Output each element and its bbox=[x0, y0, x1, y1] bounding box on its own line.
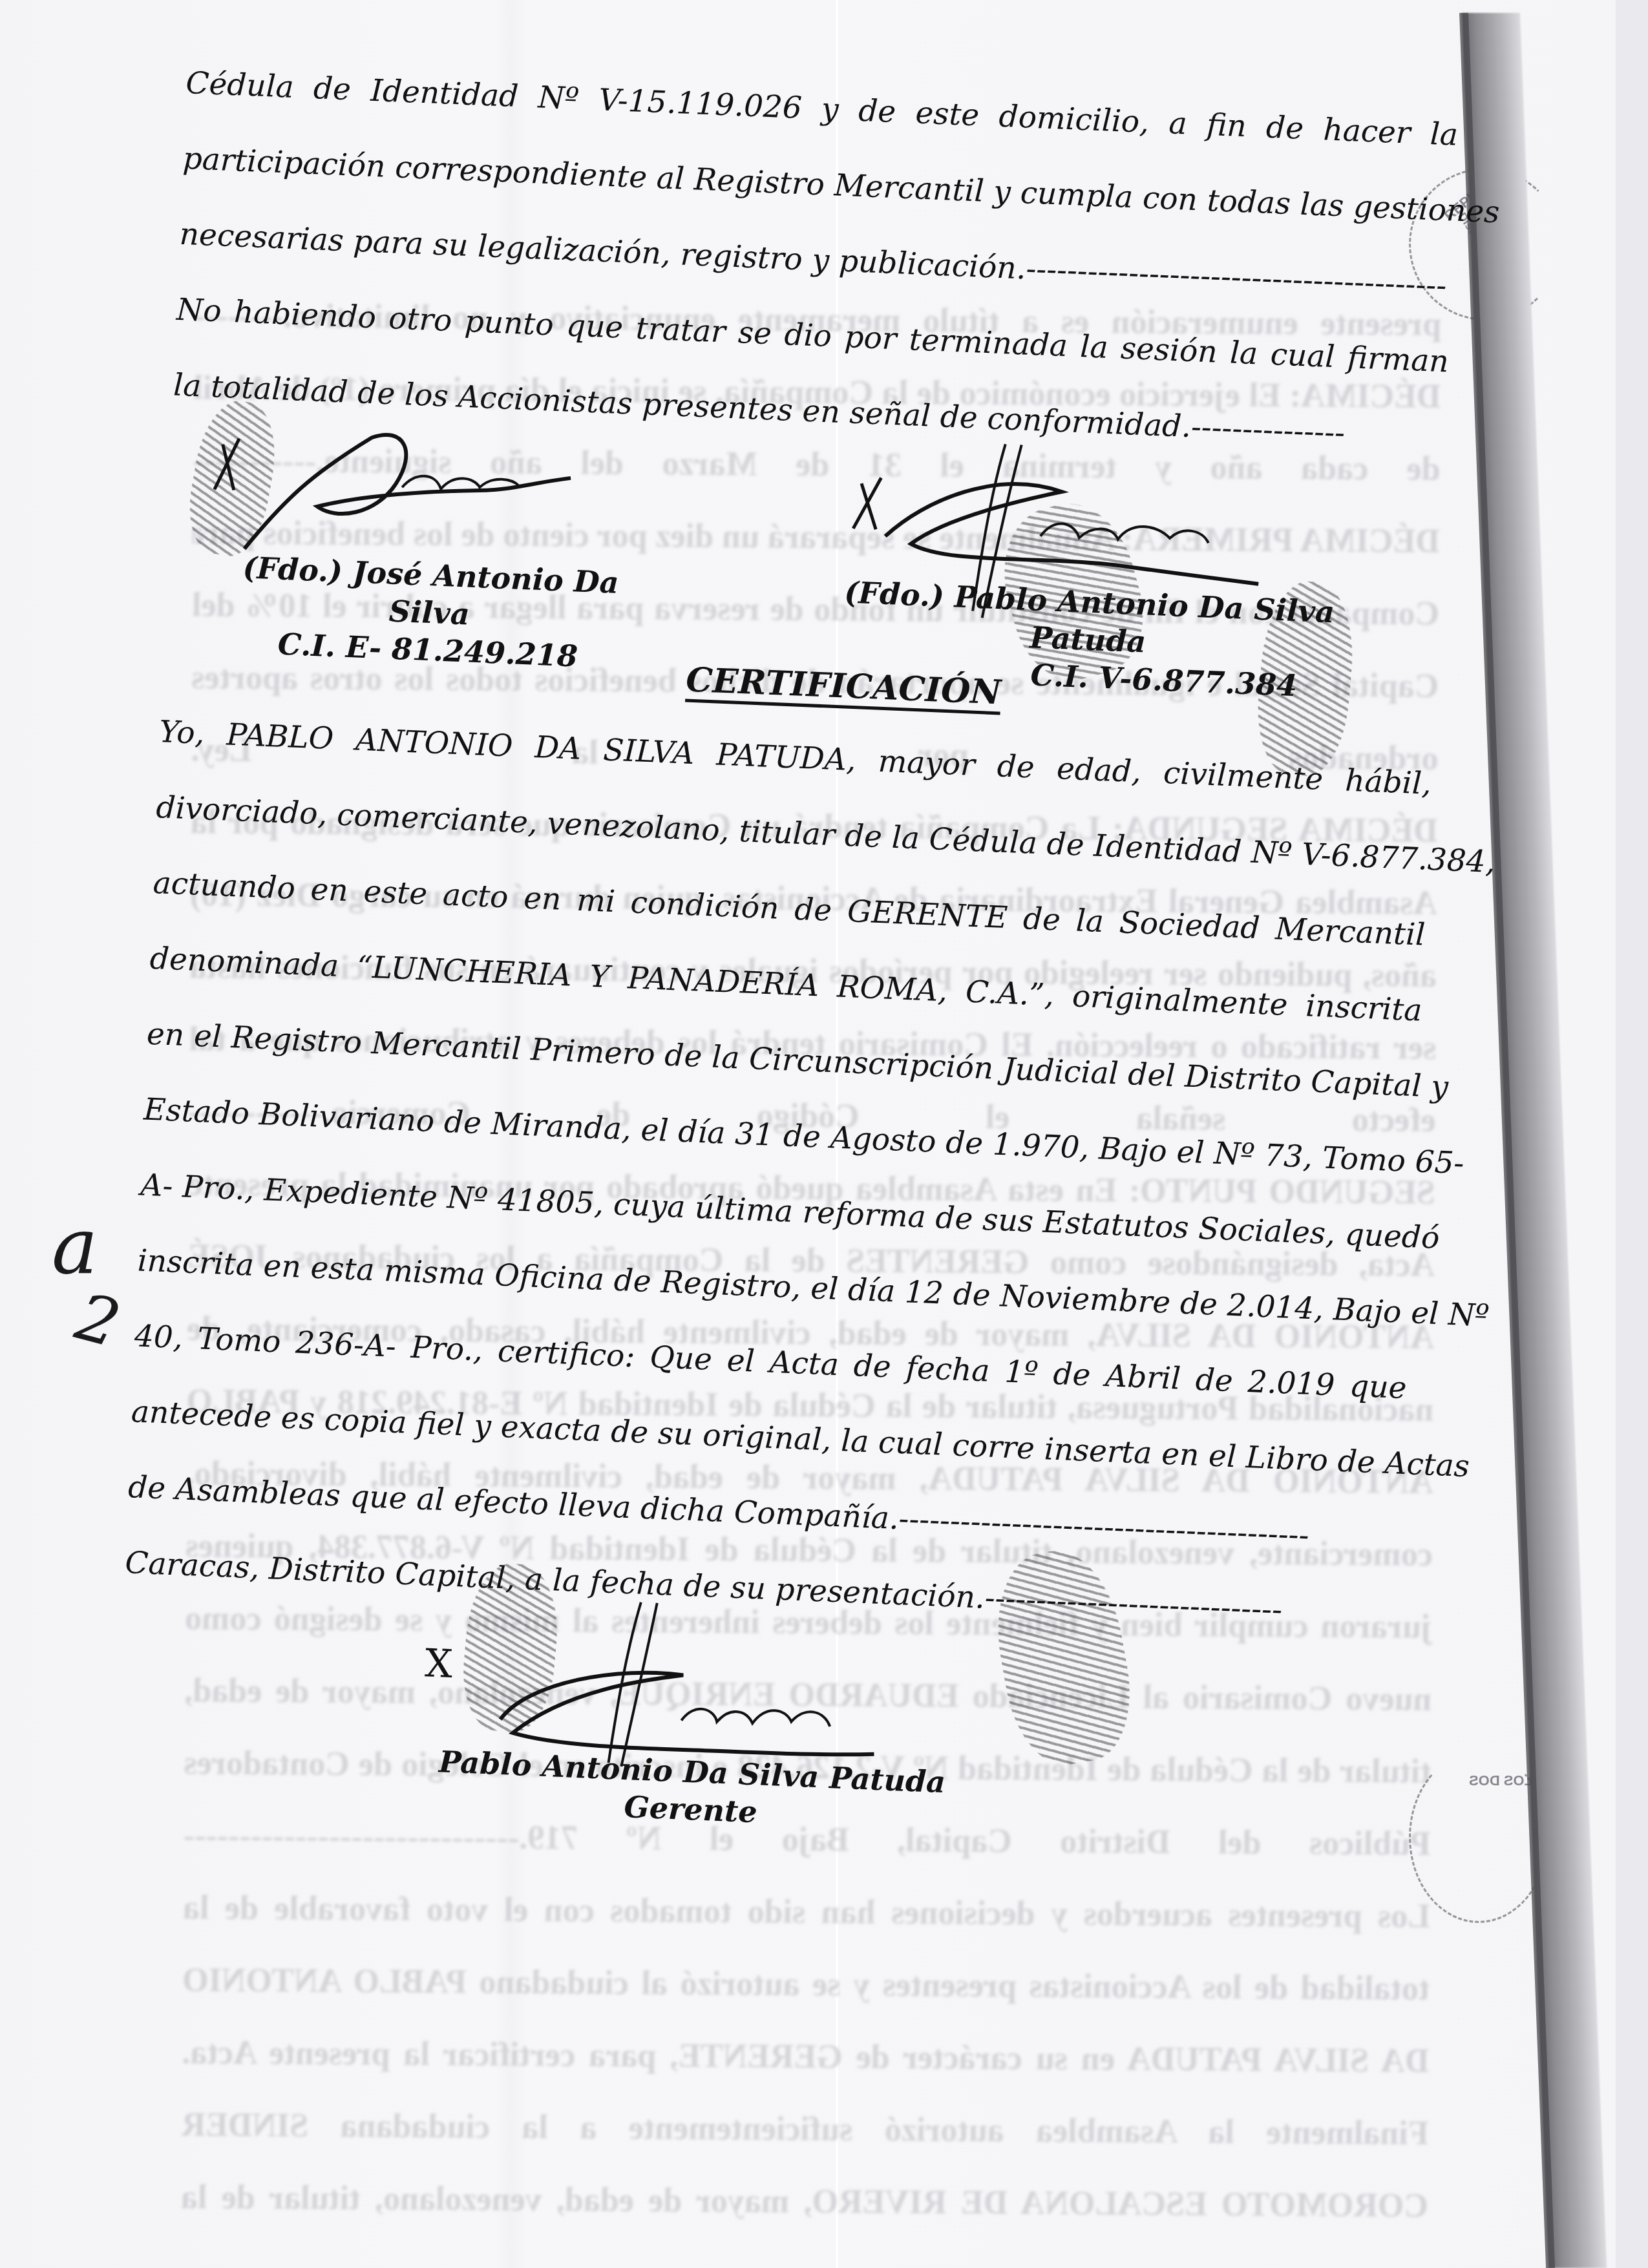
bleed-line: totalidad de los Accionistas presentes y… bbox=[182, 1944, 1430, 2025]
signatory-pablo: (Fdo.) Pablo Antonio Da Silva Patuda C.I… bbox=[795, 572, 1380, 708]
scan-margin bbox=[1616, 0, 1648, 2268]
bleed-line: COROMOTO ESCALONA DE RIVERO, mayor de ed… bbox=[180, 2161, 1428, 2242]
bleed-line: DA SILVA PATUDA en su carácter de GERENT… bbox=[182, 2017, 1430, 2097]
signatory-jose: (Fdo.) José Antonio Da Silva C.I. E- 81.… bbox=[220, 548, 639, 677]
certification-body: Yo, PABLO ANTONIO DA SILVA PATUDA, mayor… bbox=[123, 694, 1433, 1653]
bleed-line: Los presentes acuerdos y decisiones han … bbox=[183, 1872, 1431, 1953]
signature-mark: X bbox=[423, 1626, 454, 1703]
margin-note-a: a bbox=[52, 1202, 98, 1292]
shareholder-signatures: (Fdo.) José Antonio Da Silva C.I. E- 81.… bbox=[163, 423, 1444, 688]
stamp-text: LOS DOS bbox=[1469, 1772, 1533, 1789]
bleed-line: Finalmente la Asamblea autorizó suficien… bbox=[181, 2089, 1429, 2170]
scanned-page: presente enumeración es a título meramen… bbox=[0, 0, 1648, 2268]
document-body: Cédula de Identidad Nº V-15.119.026 y de… bbox=[115, 45, 1460, 1865]
